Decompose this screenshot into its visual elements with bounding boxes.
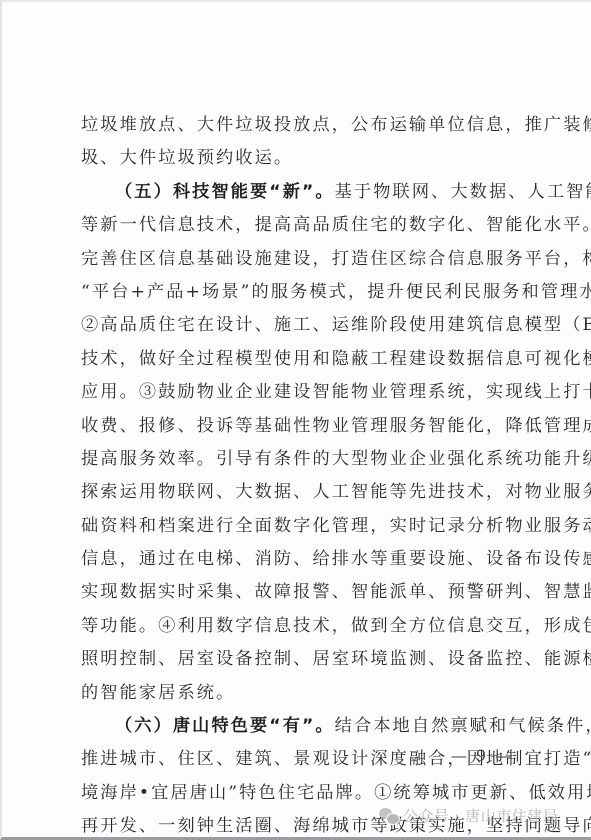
text-line: 圾、大件垃圾预约收运。: [81, 142, 521, 175]
page-number: — 9 —: [442, 746, 522, 765]
text-line: 照明控制、居室设备控制、居室环境监测、设备监控、能源检测: [81, 643, 521, 676]
text-line: 等新一代信息技术，提高高品质住宅的数字化、智能化水平。①: [81, 209, 521, 242]
section-heading-line: （五）科技智能要“新”。基于物联网、大数据、人工智能: [81, 176, 521, 209]
section-heading-5: （五）科技智能要“新”。: [115, 182, 335, 202]
text-line: 的智能家居系统。: [81, 677, 521, 710]
text-line: 实现数据实时采集、故障报警、智能派单、预警研判、智慧监督: [81, 576, 521, 609]
text-line: 探索运用物联网、大数据、人工智能等先进技术，对物业服务基: [81, 476, 521, 509]
text-line: “平台+产品+场景”的服务模式，提升便民利民服务和管理水平。: [81, 276, 521, 309]
section-heading-6: （六）唐山特色要“有”。: [115, 716, 335, 736]
watermark: 公众号 · 唐山市住建局: [379, 805, 558, 826]
text-span: 基于物联网、大数据、人工智能: [335, 182, 591, 202]
text-line: 垃圾堆放点、大件垃圾投放点，公布运输单位信息，推广装修垃: [81, 109, 521, 142]
text-line: 技术，做好全过程模型使用和隐蔽工程建设数据信息可视化模型: [81, 343, 521, 376]
watermark-text: 公众号 · 唐山市住建局: [403, 805, 558, 826]
document-page: 垃圾堆放点、大件垃圾投放点，公布运输单位信息，推广装修垃 圾、大件垃圾预约收运。…: [0, 0, 591, 840]
text-line: 完善住区信息基础设施建设，打造住区综合信息服务平台，构建: [81, 243, 521, 276]
document-body: 垃圾堆放点、大件垃圾投放点，公布运输单位信息，推广装修垃 圾、大件垃圾预约收运。…: [81, 109, 521, 840]
text-line: 提高服务效率。引导有条件的大型物业企业强化系统功能升级，: [81, 443, 521, 476]
text-line: 等功能。④利用数字信息技术，做到全方位信息交互，形成包含: [81, 610, 521, 643]
text-line: 收费、报修、投诉等基础性物业管理服务智能化，降低管理成本，: [81, 410, 521, 443]
text-line: ②高品质住宅在设计、施工、运维阶段使用建筑信息模型（BIM）: [81, 309, 521, 342]
wechat-icon: [379, 807, 399, 825]
text-line: 础资料和档案进行全面数字化管理，实时记录分析物业服务动态: [81, 510, 521, 543]
text-span: 结合本地自然禀赋和气候条件，: [335, 716, 591, 736]
text-line: 应用。③鼓励物业企业建设智能物业管理系统，实现线上打卡、: [81, 376, 521, 409]
text-line: 信息，通过在电梯、消防、给排水等重要设施、设备布设传感器，: [81, 543, 521, 576]
section-heading-line: （六）唐山特色要“有”。结合本地自然禀赋和气候条件，: [81, 710, 521, 743]
